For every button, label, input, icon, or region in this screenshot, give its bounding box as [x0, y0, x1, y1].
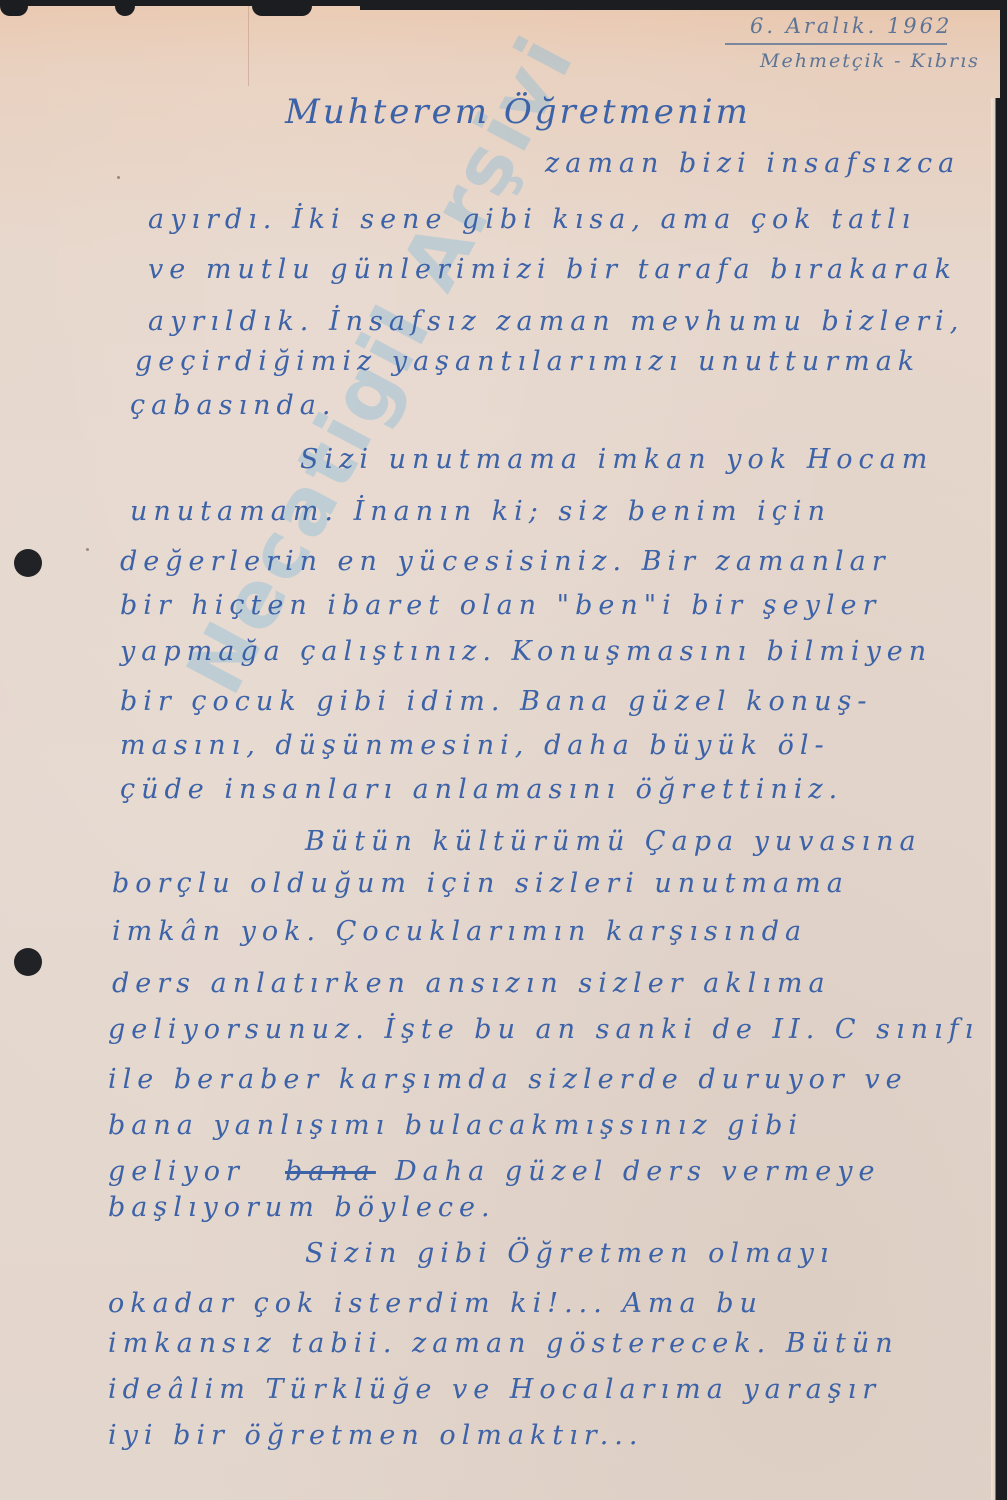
- paper-tear: [360, 6, 1007, 10]
- letter-line: zaman bizi insafsızca: [545, 148, 960, 179]
- letter-line: ders anlatırken ansızın sizler aklıma: [112, 968, 831, 999]
- paper-fold: [248, 6, 249, 86]
- struck-word: bana: [285, 1156, 376, 1187]
- letter-page: Necatigil Arşivi 6. Aralık. 1962 Mehmetç…: [0, 6, 1000, 1500]
- letter-line: yapmağa çalıştınız. Konuşmasını bilmiyen: [120, 636, 932, 667]
- letter-line: değerlerin en yücesisiniz. Bir zamanlar: [120, 546, 891, 577]
- paper-speck: [86, 548, 89, 551]
- paper-speck: [117, 176, 120, 179]
- letter-line: geliyor: [108, 1156, 245, 1187]
- letter-line: ayrıldık. İnsafsız zaman mevhumu bizleri…: [148, 306, 964, 337]
- letter-line: başlıyorum böylece.: [108, 1192, 496, 1223]
- letter-line: ile beraber karşımda sizlerde duruyor ve: [108, 1064, 908, 1095]
- letter-line: ideâlim Türklüğe ve Hocalarıma yaraşır: [108, 1374, 881, 1405]
- punch-hole: [14, 549, 42, 577]
- letter-line: çüde insanları anlamasını öğrettiniz.: [120, 774, 843, 805]
- letter-place: Mehmetçik - Kıbrıs: [760, 50, 980, 72]
- letter-line: iyi bir öğretmen olmaktır...: [108, 1420, 643, 1451]
- paper-tear: [115, 6, 135, 16]
- letter-line: ayırdı. İki sene gibi kısa, ama çok tatl…: [148, 204, 916, 235]
- paper-right-edge: [991, 98, 1000, 1500]
- date-underline: [725, 43, 947, 45]
- letter-line: masını, düşünmesini, daha büyük öl-: [120, 730, 830, 761]
- letter-line: geçirdiğimiz yaşantılarımızı unutturmak: [135, 346, 920, 377]
- letter-line: Sizin gibi Öğretmen olmayı: [305, 1238, 835, 1269]
- paper-tear: [0, 6, 28, 16]
- letter-line: geliyorsunuz. İşte bu an sanki de II. C …: [108, 1014, 979, 1045]
- letter-date: 6. Aralık. 1962: [750, 14, 952, 38]
- letter-line: Daha güzel ders vermeye: [395, 1156, 880, 1187]
- letter-line: ve mutlu günlerimizi bir tarafa bırakara…: [148, 254, 957, 285]
- letter-line: çabasında.: [130, 390, 336, 421]
- letter-line: Sizi unutmama imkan yok Hocam: [300, 444, 933, 475]
- letter-line: bir çocuk gibi idim. Bana güzel konuş-: [120, 686, 872, 717]
- letter-line: Bütün kültürümü Çapa yuvasına: [305, 826, 922, 857]
- letter-line: bana yanlışımı bulacakmışsınız gibi: [108, 1110, 803, 1141]
- paper-tear: [252, 6, 312, 16]
- letter-line: okadar çok isterdim ki!... Ama bu: [108, 1288, 763, 1319]
- letter-line: borçlu olduğum için sizleri unutmama: [112, 868, 849, 899]
- letter-line: imkansız tabii. zaman gösterecek. Bütün: [108, 1328, 899, 1359]
- salutation: Muhterem Öğretmenim: [285, 92, 751, 132]
- letter-line: imkân yok. Çocuklarımın karşısında: [112, 916, 807, 947]
- letter-line: unutamam. İnanın ki; siz benim için: [130, 496, 831, 527]
- punch-hole: [14, 948, 42, 976]
- letter-line: bir hiçten ibaret olan "ben"i bir şeyler: [120, 590, 881, 621]
